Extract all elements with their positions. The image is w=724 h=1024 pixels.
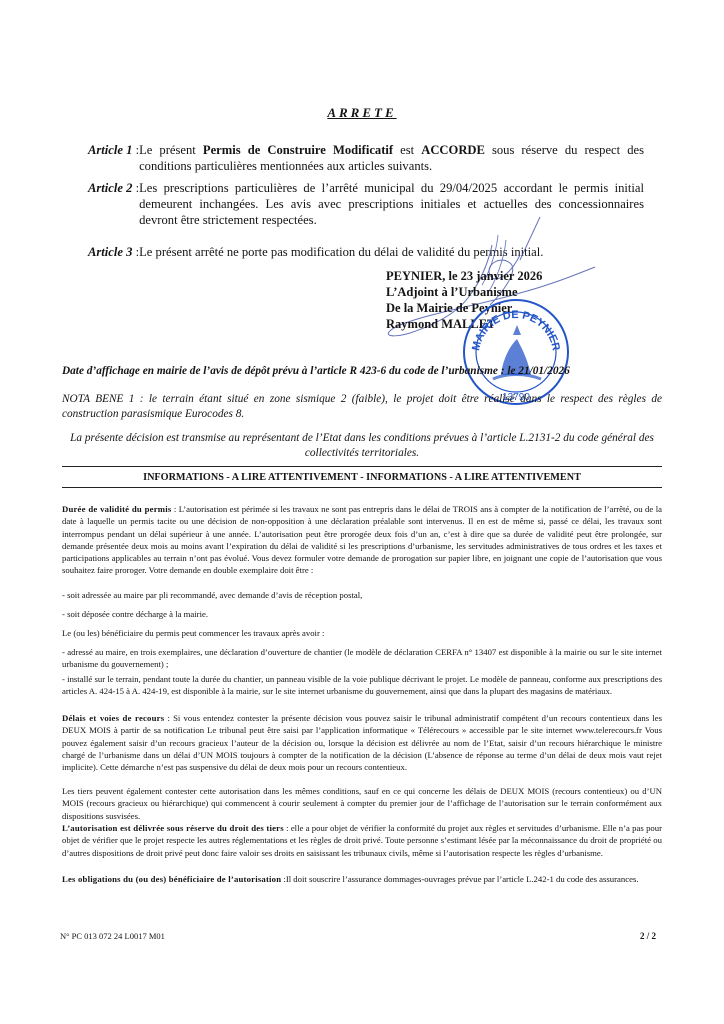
info-paragraph: - soit adressée au maire par pli recomma… [62,589,662,601]
info-top-rule [62,466,662,467]
info-paragraph: - adressé au maire, en trois exemplaires… [62,646,662,671]
info-paragraph: Les obligations du (ou des) bénéficiaire… [62,873,662,885]
info-bottom-rule [62,487,662,488]
info-paragraph: - installé sur le terrain, pendant toute… [62,673,662,698]
info-paragraph: L’autorisation est délivrée sous réserve… [62,822,662,859]
info-paragraph: Délais et voies de recours : Si vous ent… [62,712,662,773]
nota-bene: NOTA BENE 1 : le terrain étant situé en … [62,392,662,422]
article-text: Le présent Permis de Construire Modifica… [139,142,644,174]
document-title: ARRETE [0,105,724,121]
permit-reference: N° PC 013 072 24 L0017 M01 [60,931,165,941]
article-1: Article 1 : Le présent Permis de Constru… [88,142,644,174]
affichage-date: Date d’affichage en mairie de l’avis de … [62,365,570,377]
info-header: INFORMATIONS - A LIRE ATTENTIVEMENT - IN… [62,472,662,483]
page-number: 2 / 2 [640,931,656,941]
info-paragraph: Durée de validité du permis : L’autorisa… [62,503,662,577]
article-label: Article 3 [88,245,132,259]
signature-place-date: PEYNIER, le 23 janvier 2026 [386,268,542,284]
info-paragraph: Les tiers peuvent également contester ce… [62,785,662,822]
transmission-notice: La présente décision est transmise au re… [62,431,662,461]
mairie-stamp-icon: MAIRIE DE PEYNIER 13790 [461,297,571,407]
info-paragraph: Le (ou les) bénéficiaire du permis peut … [62,627,662,639]
article-label: Article 1 [88,143,132,157]
info-paragraph: - soit déposée contre décharge à la mair… [62,608,662,620]
article-label: Article 2 [88,181,132,195]
